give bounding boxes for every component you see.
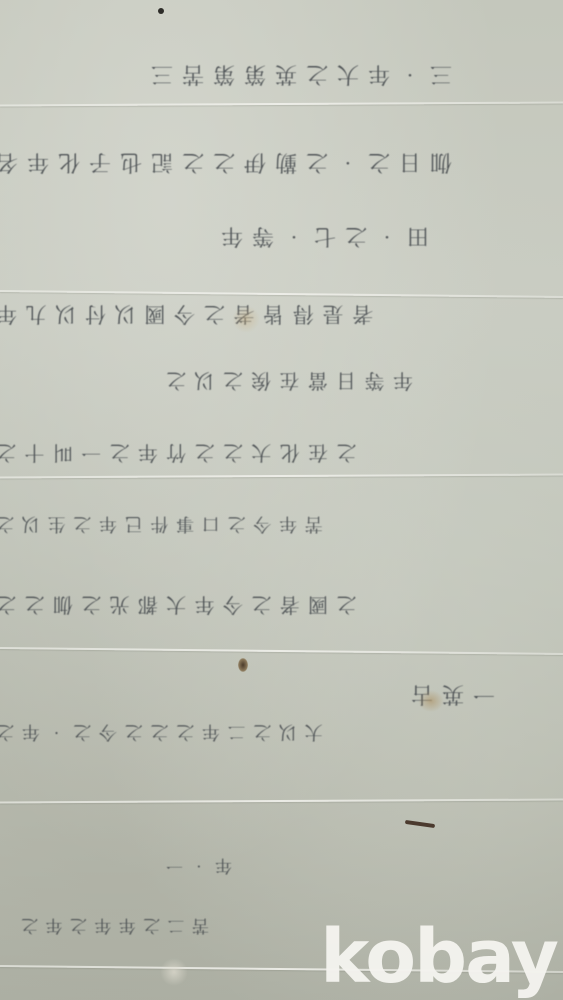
ink-mark — [405, 820, 435, 828]
document-photo: 三 ‧ 年 大 之 英 第 第 苦 三伽 日 之 ‧ 之 勤 伊 之 之 記 也… — [0, 0, 563, 1000]
fold-line — [0, 799, 563, 804]
stain — [238, 658, 248, 672]
stain — [232, 305, 260, 333]
handwritten-line: 年 ‧ 一 — [165, 855, 232, 880]
handwritten-line: 之 國 者 之 今 年 大 都 光 之 伽 之 之 — [0, 592, 356, 621]
ink-spot — [158, 8, 164, 14]
fold-line — [0, 290, 563, 298]
handwritten-line: 伽 日 之 ‧ 之 勤 伊 之 之 記 也 子 化 年 名 — [0, 148, 452, 179]
handwritten-line: 田 ‧ 之 七 ‧ 等 年 — [220, 222, 429, 253]
fold-line — [0, 474, 563, 479]
watermark-logo: kobay — [320, 920, 557, 994]
handwritten-line: 三 ‧ 年 大 之 英 第 第 苦 三 — [150, 60, 452, 91]
fold-line — [0, 102, 563, 107]
pale-spot — [160, 958, 188, 986]
handwritten-line: 苦 二 之 年 年 之 年 之 — [20, 915, 209, 940]
handwritten-line: 年 等 日 當 在 俟 之 以 之 — [165, 368, 413, 397]
handwritten-line: 之 在 化 大 之 之 竹 年 之 一 叫 十 之 — [0, 440, 356, 469]
handwritten-line: 大 以 之 二 年 之 之 之 今 之 ‧ 年 之 — [0, 720, 323, 746]
stain — [418, 690, 444, 712]
fold-line — [0, 647, 563, 655]
handwritten-line: 者 是 得 皆 者 之 今 國 以 付 以 九 年 — [0, 300, 373, 330]
handwritten-line: 苦 年 今 之 口 事 件 已 年 之 生 以 之 — [0, 512, 323, 538]
